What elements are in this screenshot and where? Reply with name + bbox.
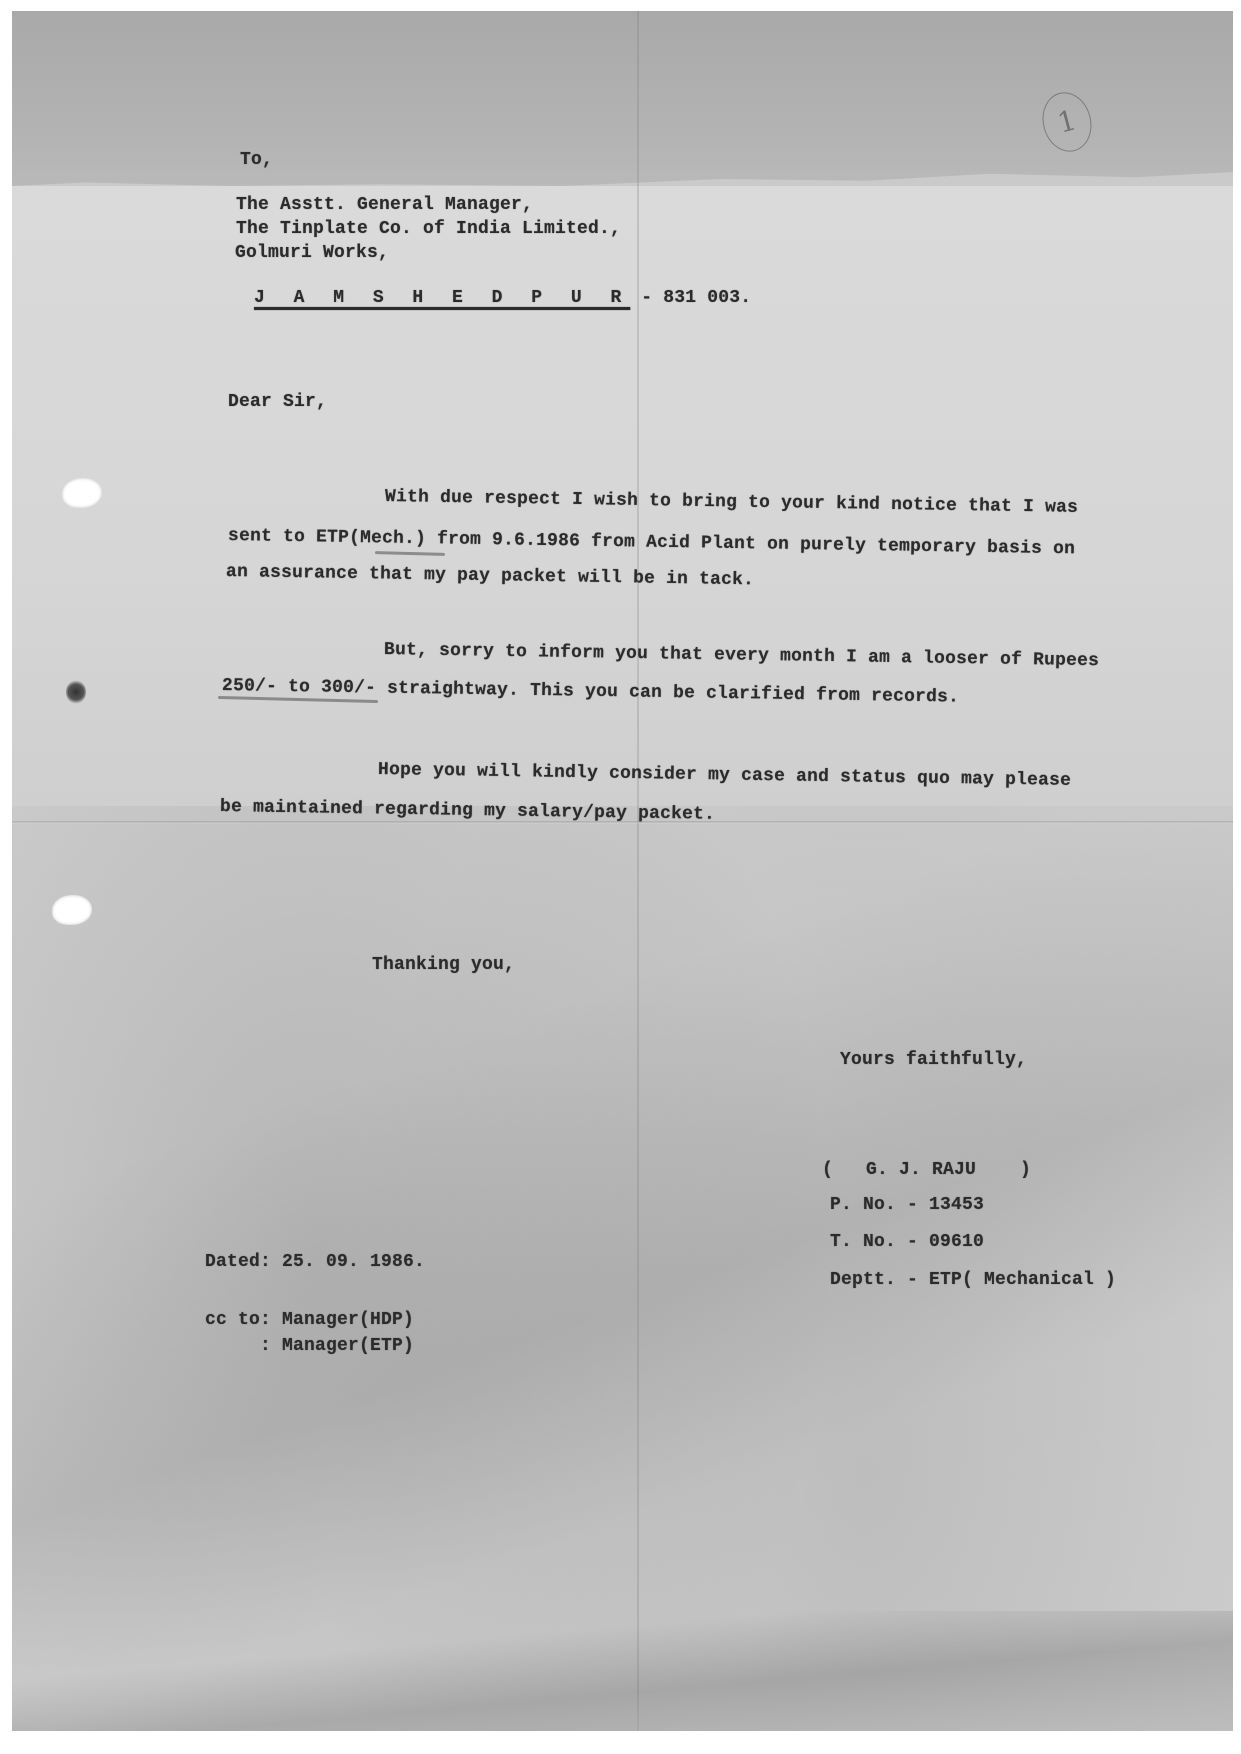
signatory-department: Deptt. - ETP( Mechanical ) (830, 1270, 1116, 1290)
yours-faithfully: Yours faithfully, (840, 1050, 1027, 1070)
punch-hole-icon (52, 895, 92, 925)
address-city: J A M S H E D P U R (254, 288, 630, 308)
address-line-1: The Asstt. General Manager, (236, 195, 533, 215)
ink-blot-icon (66, 680, 86, 704)
bottom-torn-fold (12, 1611, 1233, 1731)
date-line: Dated: 25. 09. 1986. (205, 1252, 425, 1272)
greeting: Dear Sir, (228, 392, 327, 412)
cc-line-2: : Manager(ETP) (205, 1336, 414, 1356)
cc-line-1: cc to: Manager(HDP) (205, 1310, 414, 1330)
punch-hole-icon (62, 478, 102, 508)
signatory-t-no: T. No. - 09610 (830, 1232, 984, 1252)
to-label: To, (240, 150, 273, 170)
address-pin: - 831 003. (630, 288, 751, 308)
address-line-2: The Tinplate Co. of India Limited., (236, 219, 621, 239)
address-city-line: J A M S H E D P U R - 831 003. (232, 268, 751, 308)
signatory-name: ( G. J. RAJU ) (822, 1160, 1031, 1180)
signatory-p-no: P. No. - 13453 (830, 1195, 984, 1215)
thanking-you: Thanking you, (372, 955, 515, 975)
address-line-3: Golmuri Works, (235, 243, 389, 263)
